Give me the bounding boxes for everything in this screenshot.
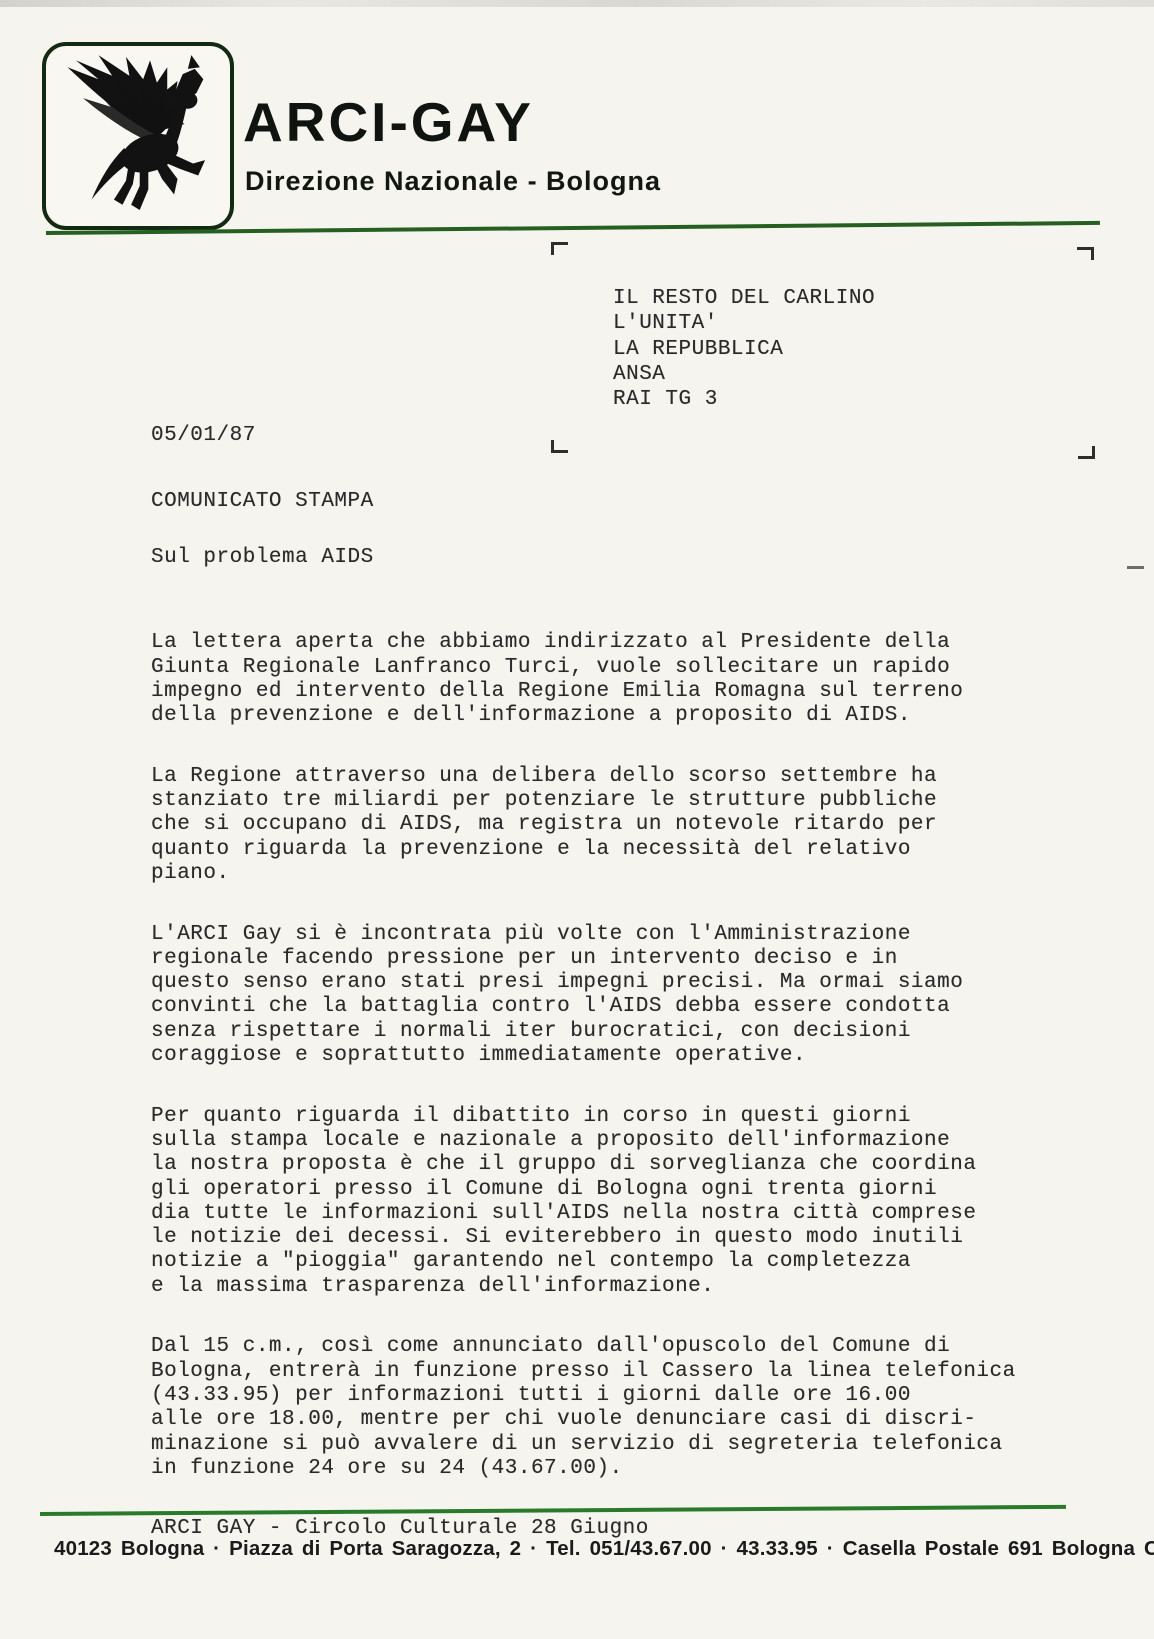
org-subtitle: Direzione Nazionale - Bologna bbox=[245, 166, 661, 197]
org-name: ARCI-GAY bbox=[243, 90, 534, 154]
letter-body: La lettera aperta che abbiamo indirizzat… bbox=[151, 607, 1071, 1578]
address-window-mark-top-right bbox=[1077, 247, 1094, 260]
pegasus-icon bbox=[50, 50, 226, 222]
paragraph: La lettera aperta che abbiamo indirizzat… bbox=[151, 631, 1071, 728]
paragraph: L'ARCI Gay si è incontrata più volte con… bbox=[151, 923, 1071, 1069]
scan-edge-artifact bbox=[0, 0, 1154, 7]
paragraph: La Regione attraverso una delibera dello… bbox=[151, 765, 1071, 886]
footer-address: 40123 Bologna · Piazza di Porta Saragozz… bbox=[54, 1537, 1068, 1561]
paragraph: Dal 15 c.m., così come annunciato dall'o… bbox=[151, 1335, 1071, 1481]
recipient-list: IL RESTO DEL CARLINO L'UNITA' LA REPUBBL… bbox=[613, 286, 875, 412]
document-type: COMUNICATO STAMPA bbox=[151, 490, 374, 514]
address-window-mark-top-left bbox=[551, 242, 568, 255]
paragraph: Per quanto riguarda il dibattito in cors… bbox=[151, 1105, 1071, 1299]
press-release-page: ARCI-GAY Direzione Nazionale - Bologna I… bbox=[0, 0, 1154, 1639]
subject-line: Sul problema AIDS bbox=[151, 546, 374, 570]
arci-gay-logo bbox=[42, 42, 234, 230]
date: 05/01/87 bbox=[151, 424, 256, 448]
margin-dash-mark bbox=[1127, 566, 1144, 569]
address-window-mark-bottom-left bbox=[551, 440, 568, 453]
address-window-mark-bottom-right bbox=[1078, 446, 1095, 459]
